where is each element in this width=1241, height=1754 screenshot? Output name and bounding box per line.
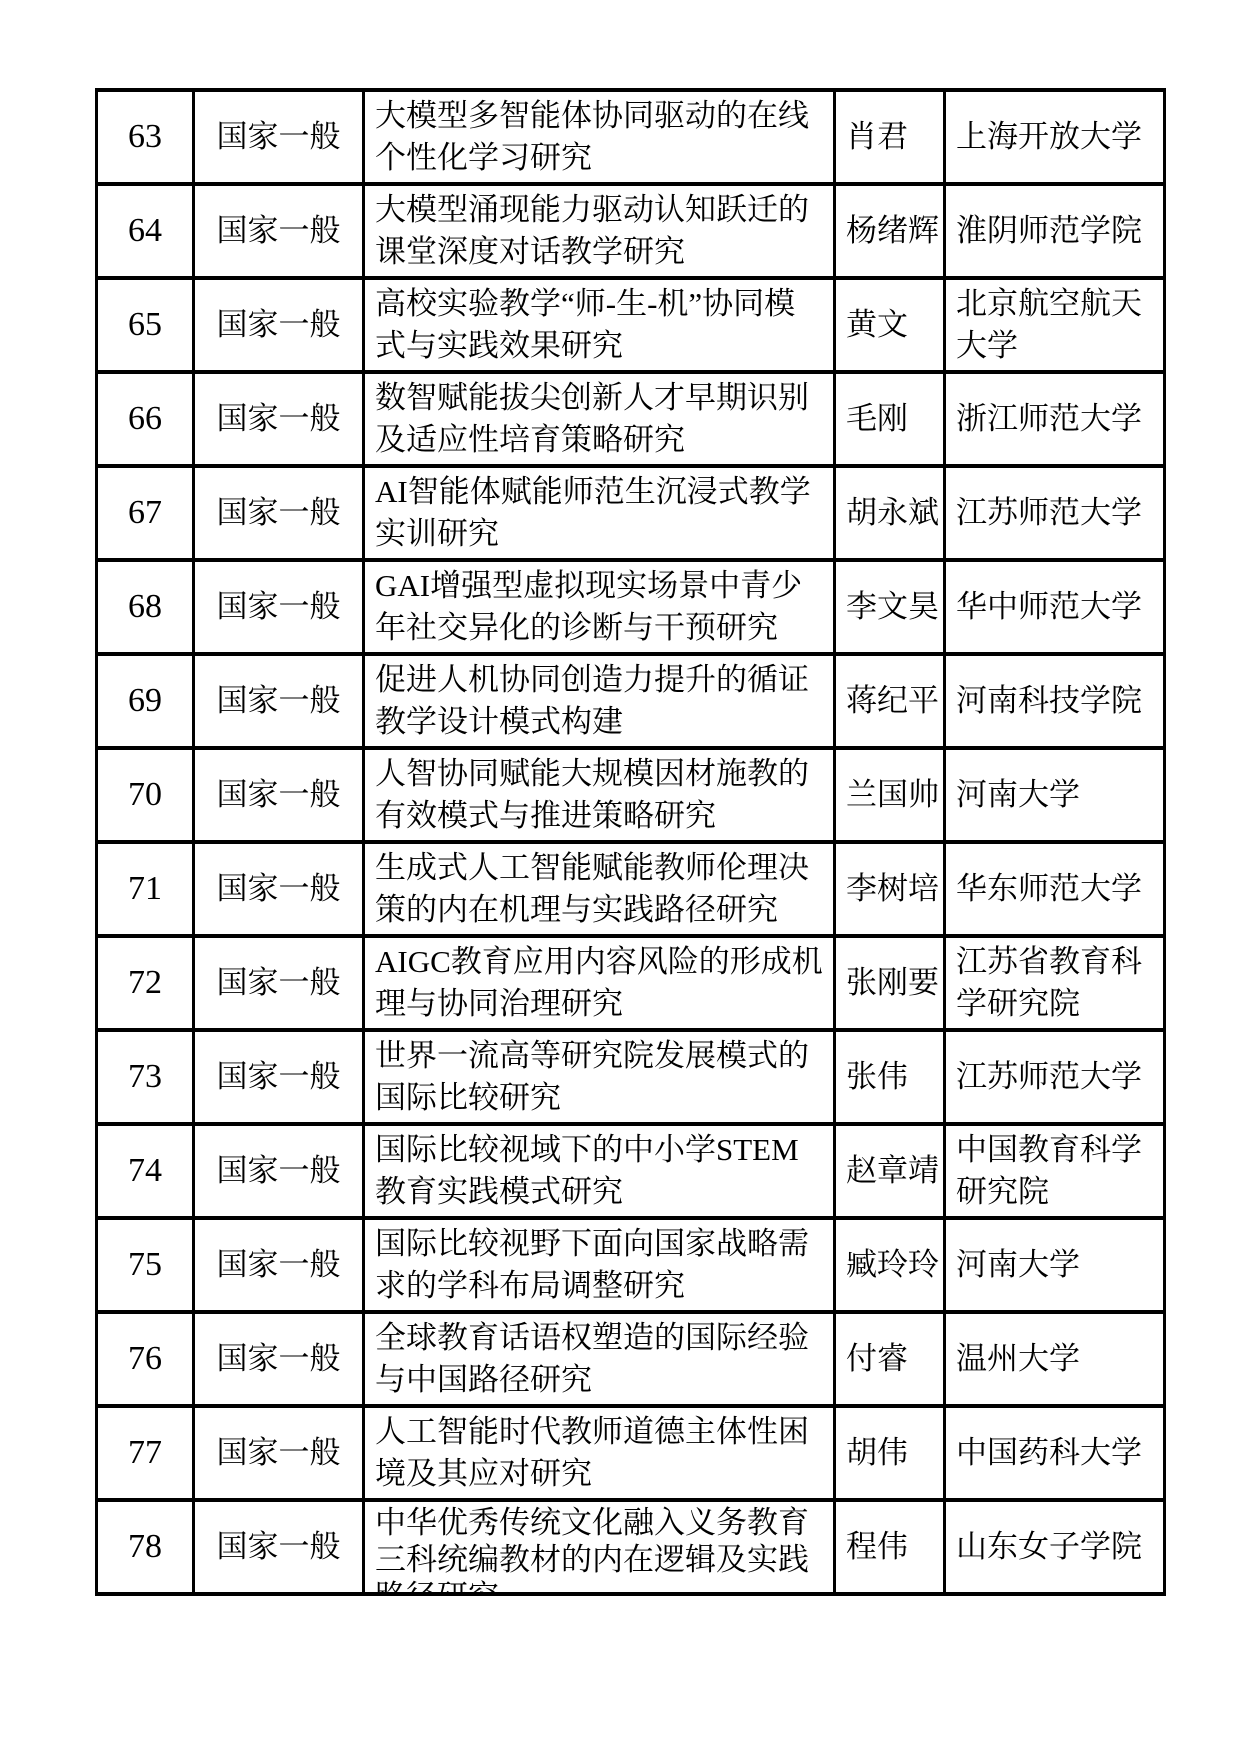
table-row: 76 国家一般 全球教育话语权塑造的国际经验与中国路径研究 付睿 温州大学	[97, 1312, 1165, 1406]
project-title: 人工智能时代教师道德主体性困境及其应对研究	[365, 1411, 833, 1495]
cell-project-category: 国家一般	[194, 1030, 364, 1124]
project-title: 全球教育话语权塑造的国际经验与中国路径研究	[365, 1317, 833, 1401]
table-row: 65 国家一般 高校实验教学“师-生-机”协同模式与实践效果研究 黄文 北京航空…	[97, 278, 1165, 372]
project-institution: 淮阴师范学院	[946, 210, 1163, 252]
project-category: 国家一般	[195, 1056, 362, 1098]
project-category: 国家一般	[195, 1338, 362, 1380]
cell-project-leader: 黄文	[835, 278, 945, 372]
cell-project-number: 78	[97, 1500, 194, 1594]
cell-project-institution: 温州大学	[945, 1312, 1165, 1406]
cell-project-institution: 华中师范大学	[945, 560, 1165, 654]
cell-project-title: 国际比较视域下的中小学STEM教育实践模式研究	[364, 1124, 835, 1218]
project-leader: 胡伟	[836, 1432, 943, 1474]
table-row: 68 国家一般 GAI增强型虚拟现实场景中青少年社交异化的诊断与干预研究 李文昊…	[97, 560, 1165, 654]
project-leader: 黄文	[836, 304, 943, 346]
project-leader: 李树培	[836, 868, 943, 910]
project-leader: 胡永斌	[836, 492, 943, 534]
cell-project-institution: 江苏师范大学	[945, 466, 1165, 560]
project-title: AIGC教育应用内容风险的形成机理与协同治理研究	[365, 941, 833, 1025]
cell-project-leader: 张伟	[835, 1030, 945, 1124]
cell-project-title: 中华优秀传统文化融入义务教育三科统编教材的内在逻辑及实践路径研究	[364, 1500, 835, 1594]
cell-project-category: 国家一般	[194, 748, 364, 842]
project-title: 世界一流高等研究院发展模式的国际比较研究	[365, 1035, 833, 1119]
project-leader: 程伟	[836, 1526, 943, 1568]
cell-project-number: 67	[97, 466, 194, 560]
project-number: 67	[98, 496, 192, 530]
project-institution: 上海开放大学	[946, 116, 1163, 158]
cell-project-title: 促进人机协同创造力提升的循证教学设计模式构建	[364, 654, 835, 748]
cell-project-institution: 浙江师范大学	[945, 372, 1165, 466]
cell-project-institution: 山东女子学院	[945, 1500, 1165, 1594]
cell-project-title: 人智协同赋能大规模因材施教的有效模式与推进策略研究	[364, 748, 835, 842]
table-row: 64 国家一般 大模型涌现能力驱动认知跃迁的课堂深度对话教学研究 杨绪辉 淮阴师…	[97, 184, 1165, 278]
project-institution: 北京航空航天大学	[946, 283, 1163, 367]
cell-project-category: 国家一般	[194, 1124, 364, 1218]
project-title: GAI增强型虚拟现实场景中青少年社交异化的诊断与干预研究	[365, 565, 833, 649]
cell-project-number: 63	[97, 90, 194, 184]
cell-project-leader: 杨绪辉	[835, 184, 945, 278]
cell-project-title: 生成式人工智能赋能教师伦理决策的内在机理与实践路径研究	[364, 842, 835, 936]
project-number: 76	[98, 1342, 192, 1376]
project-title: 国际比较视野下面向国家战略需求的学科布局调整研究	[365, 1223, 833, 1307]
project-leader: 臧玲玲	[836, 1244, 943, 1286]
project-title: 数智赋能拔尖创新人才早期识别及适应性培育策略研究	[365, 377, 833, 461]
project-title: 中华优秀传统文化融入义务教育三科统编教材的内在逻辑及实践路径研究	[365, 1502, 833, 1592]
cell-project-leader: 胡永斌	[835, 466, 945, 560]
cell-project-category: 国家一般	[194, 842, 364, 936]
project-title: 国际比较视域下的中小学STEM教育实践模式研究	[365, 1129, 833, 1213]
project-category: 国家一般	[195, 680, 362, 722]
cell-project-category: 国家一般	[194, 184, 364, 278]
cell-project-institution: 河南大学	[945, 748, 1165, 842]
project-institution: 浙江师范大学	[946, 398, 1163, 440]
cell-project-title: 大模型涌现能力驱动认知跃迁的课堂深度对话教学研究	[364, 184, 835, 278]
table-row: 70 国家一般 人智协同赋能大规模因材施教的有效模式与推进策略研究 兰国帅 河南…	[97, 748, 1165, 842]
cell-project-title: 国际比较视野下面向国家战略需求的学科布局调整研究	[364, 1218, 835, 1312]
project-institution: 河南科技学院	[946, 680, 1163, 722]
project-institution: 温州大学	[946, 1338, 1163, 1380]
project-number: 64	[98, 214, 192, 248]
cell-project-number: 71	[97, 842, 194, 936]
cell-project-number: 76	[97, 1312, 194, 1406]
project-institution: 江苏师范大学	[946, 1056, 1163, 1098]
table-row: 77 国家一般 人工智能时代教师道德主体性困境及其应对研究 胡伟 中国药科大学	[97, 1406, 1165, 1500]
project-category: 国家一般	[195, 1150, 362, 1192]
cell-project-category: 国家一般	[194, 278, 364, 372]
project-leader: 张刚要	[836, 962, 943, 1004]
project-category: 国家一般	[195, 774, 362, 816]
project-institution: 中国教育科学研究院	[946, 1129, 1163, 1213]
projects-table: 63 国家一般 大模型多智能体协同驱动的在线个性化学习研究 肖君 上海开放大学 …	[95, 88, 1166, 1596]
cell-project-number: 64	[97, 184, 194, 278]
project-number: 71	[98, 872, 192, 906]
project-leader: 张伟	[836, 1056, 943, 1098]
cell-project-institution: 中国药科大学	[945, 1406, 1165, 1500]
cell-project-title: 数智赋能拔尖创新人才早期识别及适应性培育策略研究	[364, 372, 835, 466]
cell-project-category: 国家一般	[194, 1312, 364, 1406]
cell-project-institution: 河南科技学院	[945, 654, 1165, 748]
cell-project-number: 70	[97, 748, 194, 842]
project-category: 国家一般	[195, 1526, 362, 1568]
cell-project-title: AIGC教育应用内容风险的形成机理与协同治理研究	[364, 936, 835, 1030]
cell-project-institution: 河南大学	[945, 1218, 1165, 1312]
project-category: 国家一般	[195, 962, 362, 1004]
project-title: 人智协同赋能大规模因材施教的有效模式与推进策略研究	[365, 753, 833, 837]
cell-project-leader: 程伟	[835, 1500, 945, 1594]
cell-project-number: 74	[97, 1124, 194, 1218]
project-category: 国家一般	[195, 398, 362, 440]
cell-project-category: 国家一般	[194, 1218, 364, 1312]
cell-project-title: GAI增强型虚拟现实场景中青少年社交异化的诊断与干预研究	[364, 560, 835, 654]
cell-project-leader: 臧玲玲	[835, 1218, 945, 1312]
cell-project-leader: 赵章靖	[835, 1124, 945, 1218]
cell-project-leader: 毛刚	[835, 372, 945, 466]
project-number: 66	[98, 402, 192, 436]
project-number: 74	[98, 1154, 192, 1188]
project-leader: 蒋纪平	[836, 680, 943, 722]
project-leader: 毛刚	[836, 398, 943, 440]
project-category: 国家一般	[195, 492, 362, 534]
table-row: 75 国家一般 国际比较视野下面向国家战略需求的学科布局调整研究 臧玲玲 河南大…	[97, 1218, 1165, 1312]
cell-project-category: 国家一般	[194, 654, 364, 748]
cell-project-category: 国家一般	[194, 90, 364, 184]
cell-project-title: 大模型多智能体协同驱动的在线个性化学习研究	[364, 90, 835, 184]
project-title: 高校实验教学“师-生-机”协同模式与实践效果研究	[365, 283, 833, 367]
cell-project-institution: 华东师范大学	[945, 842, 1165, 936]
project-institution: 河南大学	[946, 1244, 1163, 1286]
cell-project-leader: 肖君	[835, 90, 945, 184]
project-category: 国家一般	[195, 116, 362, 158]
cell-project-category: 国家一般	[194, 936, 364, 1030]
cell-project-number: 66	[97, 372, 194, 466]
project-leader: 付睿	[836, 1338, 943, 1380]
cell-project-category: 国家一般	[194, 560, 364, 654]
cell-project-leader: 付睿	[835, 1312, 945, 1406]
cell-project-number: 77	[97, 1406, 194, 1500]
table-row: 72 国家一般 AIGC教育应用内容风险的形成机理与协同治理研究 张刚要 江苏省…	[97, 936, 1165, 1030]
project-leader: 肖君	[836, 116, 943, 158]
cell-project-title: 高校实验教学“师-生-机”协同模式与实践效果研究	[364, 278, 835, 372]
project-leader: 杨绪辉	[836, 210, 943, 252]
project-title: 大模型涌现能力驱动认知跃迁的课堂深度对话教学研究	[365, 189, 833, 273]
project-title: 生成式人工智能赋能教师伦理决策的内在机理与实践路径研究	[365, 847, 833, 931]
project-institution: 江苏师范大学	[946, 492, 1163, 534]
table-row: 66 国家一般 数智赋能拔尖创新人才早期识别及适应性培育策略研究 毛刚 浙江师范…	[97, 372, 1165, 466]
table-row: 71 国家一般 生成式人工智能赋能教师伦理决策的内在机理与实践路径研究 李树培 …	[97, 842, 1165, 936]
project-category: 国家一般	[195, 1244, 362, 1286]
project-institution: 华中师范大学	[946, 586, 1163, 628]
project-number: 73	[98, 1060, 192, 1094]
cell-project-leader: 兰国帅	[835, 748, 945, 842]
project-number: 72	[98, 966, 192, 1000]
project-number: 65	[98, 308, 192, 342]
project-number: 77	[98, 1436, 192, 1470]
project-title: 促进人机协同创造力提升的循证教学设计模式构建	[365, 659, 833, 743]
project-category: 国家一般	[195, 586, 362, 628]
project-number: 69	[98, 684, 192, 718]
table-row: 73 国家一般 世界一流高等研究院发展模式的国际比较研究 张伟 江苏师范大学	[97, 1030, 1165, 1124]
cell-project-category: 国家一般	[194, 1406, 364, 1500]
cell-project-title: 人工智能时代教师道德主体性困境及其应对研究	[364, 1406, 835, 1500]
project-institution: 江苏省教育科学研究院	[946, 941, 1163, 1025]
table-row: 67 国家一般 AI智能体赋能师范生沉浸式教学实训研究 胡永斌 江苏师范大学	[97, 466, 1165, 560]
cell-project-leader: 蒋纪平	[835, 654, 945, 748]
cell-project-title: AI智能体赋能师范生沉浸式教学实训研究	[364, 466, 835, 560]
cell-project-leader: 李树培	[835, 842, 945, 936]
project-number: 70	[98, 778, 192, 812]
cell-project-institution: 北京航空航天大学	[945, 278, 1165, 372]
cell-project-leader: 张刚要	[835, 936, 945, 1030]
cell-project-title: 全球教育话语权塑造的国际经验与中国路径研究	[364, 1312, 835, 1406]
cell-project-institution: 江苏省教育科学研究院	[945, 936, 1165, 1030]
project-institution: 中国药科大学	[946, 1432, 1163, 1474]
cell-project-category: 国家一般	[194, 1500, 364, 1594]
table-row: 63 国家一般 大模型多智能体协同驱动的在线个性化学习研究 肖君 上海开放大学	[97, 90, 1165, 184]
cell-project-category: 国家一般	[194, 466, 364, 560]
project-title: 大模型多智能体协同驱动的在线个性化学习研究	[365, 95, 833, 179]
table-row: 78 国家一般 中华优秀传统文化融入义务教育三科统编教材的内在逻辑及实践路径研究…	[97, 1500, 1165, 1594]
project-number: 78	[98, 1530, 192, 1564]
project-institution: 河南大学	[946, 774, 1163, 816]
cell-project-institution: 淮阴师范学院	[945, 184, 1165, 278]
cell-project-number: 72	[97, 936, 194, 1030]
table-row: 69 国家一般 促进人机协同创造力提升的循证教学设计模式构建 蒋纪平 河南科技学…	[97, 654, 1165, 748]
project-institution: 华东师范大学	[946, 868, 1163, 910]
cell-project-title: 世界一流高等研究院发展模式的国际比较研究	[364, 1030, 835, 1124]
cell-project-number: 73	[97, 1030, 194, 1124]
cell-project-number: 69	[97, 654, 194, 748]
project-number: 68	[98, 590, 192, 624]
cell-project-number: 65	[97, 278, 194, 372]
project-category: 国家一般	[195, 210, 362, 252]
project-title: AI智能体赋能师范生沉浸式教学实训研究	[365, 471, 833, 555]
project-institution: 山东女子学院	[946, 1526, 1163, 1568]
cell-project-leader: 李文昊	[835, 560, 945, 654]
cell-project-institution: 江苏师范大学	[945, 1030, 1165, 1124]
project-leader: 兰国帅	[836, 774, 943, 816]
project-leader: 赵章靖	[836, 1150, 943, 1192]
project-category: 国家一般	[195, 868, 362, 910]
cell-project-category: 国家一般	[194, 372, 364, 466]
cell-project-institution: 中国教育科学研究院	[945, 1124, 1165, 1218]
project-category: 国家一般	[195, 1432, 362, 1474]
cell-project-number: 68	[97, 560, 194, 654]
project-category: 国家一般	[195, 304, 362, 346]
projects-table-body: 63 国家一般 大模型多智能体协同驱动的在线个性化学习研究 肖君 上海开放大学 …	[97, 90, 1165, 1594]
table-row: 74 国家一般 国际比较视域下的中小学STEM教育实践模式研究 赵章靖 中国教育…	[97, 1124, 1165, 1218]
project-number: 75	[98, 1248, 192, 1282]
project-leader: 李文昊	[836, 586, 943, 628]
project-number: 63	[98, 120, 192, 154]
cell-project-leader: 胡伟	[835, 1406, 945, 1500]
cell-project-number: 75	[97, 1218, 194, 1312]
document-page: 63 国家一般 大模型多智能体协同驱动的在线个性化学习研究 肖君 上海开放大学 …	[0, 0, 1241, 1754]
cell-project-institution: 上海开放大学	[945, 90, 1165, 184]
